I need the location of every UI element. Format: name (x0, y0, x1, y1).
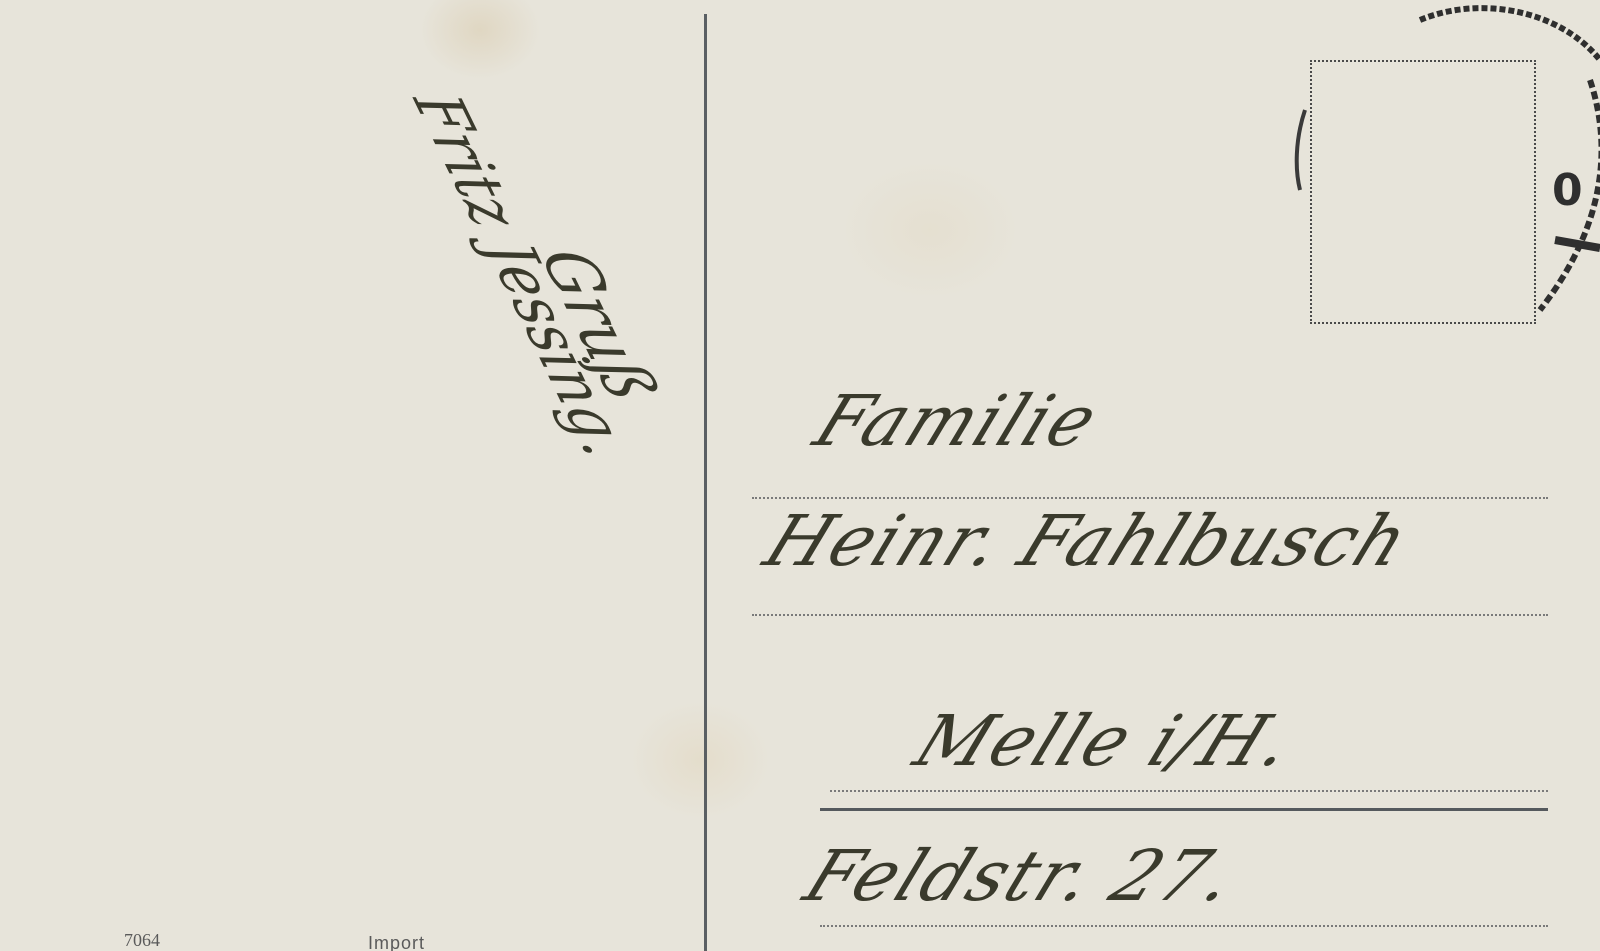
card-number-label: 7064 (124, 930, 160, 951)
address-rule-solid (820, 808, 1548, 811)
address-line-3: Melle i/H. (903, 700, 1307, 782)
address-rule-1 (752, 497, 1548, 499)
address-rule-4 (820, 925, 1548, 927)
address-line-4: Feldstr. 27. (793, 835, 1249, 917)
stamp-placeholder-box (1310, 60, 1536, 324)
address-rule-2 (752, 614, 1548, 616)
center-divider-line (704, 14, 707, 951)
address-rule-3 (830, 790, 1548, 792)
import-label: Import (368, 933, 425, 951)
svg-text:0: 0 (1552, 165, 1583, 216)
postcard-back: 0 Gruß Fritz Jessing. Familie Heinr. Fah… (0, 0, 1600, 951)
address-line-1: Familie (803, 380, 1111, 462)
address-line-2: Heinr. Fahlbusch (753, 500, 1421, 582)
